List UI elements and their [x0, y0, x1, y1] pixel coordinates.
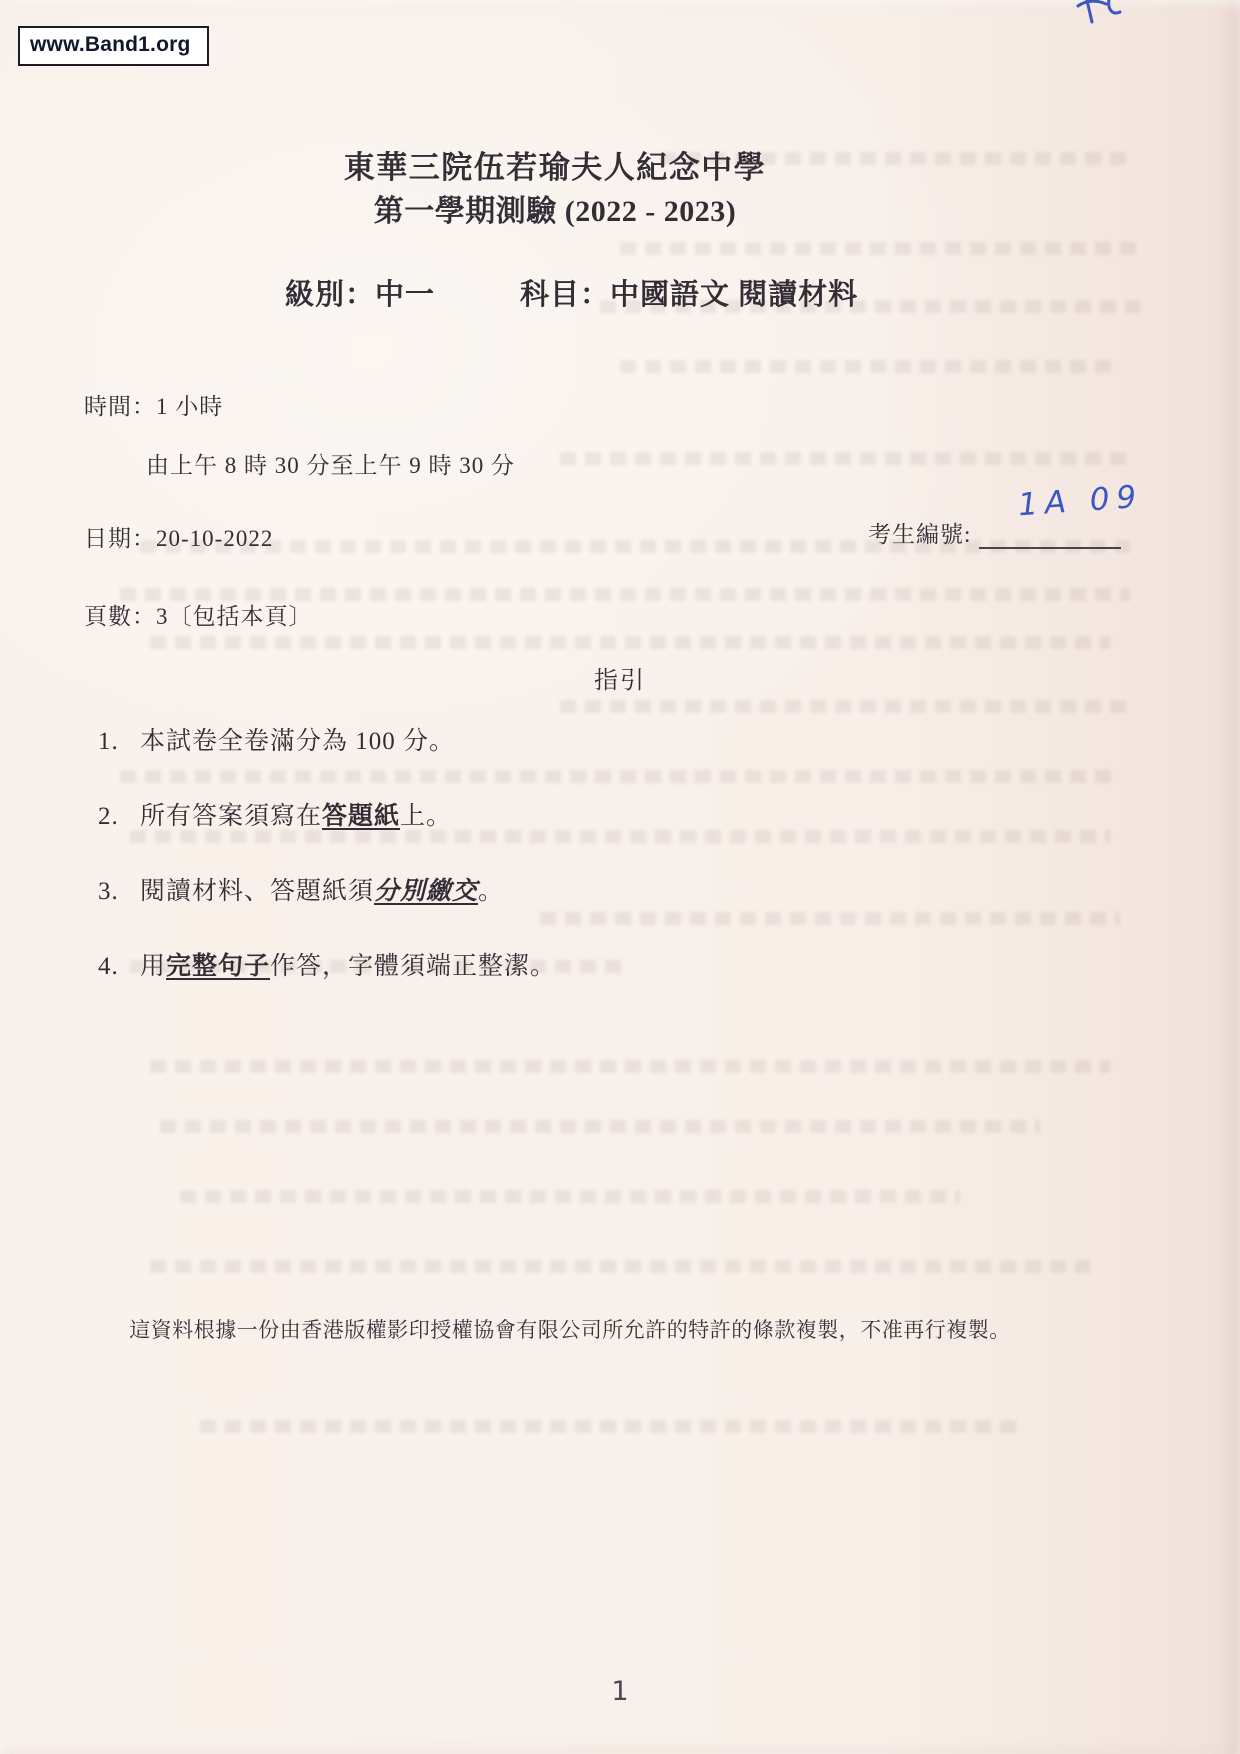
instruction-text: 閱讀材料、答題紙須分別繳交。: [140, 874, 504, 909]
pages-label: 頁數：3〔包括本頁〕: [84, 598, 313, 631]
candidate-number-field: 考生編號:: [868, 516, 1121, 549]
bleedthrough-artifact: [160, 1120, 1040, 1133]
scanned-exam-page: www.Band1.org 東華三院伍若瑜夫人紀念中學 第一學期測驗 (2022…: [0, 0, 1240, 1754]
bleedthrough-artifact: [560, 452, 1130, 465]
instruction-text: 本試卷全卷滿分為 100 分。: [140, 724, 455, 759]
copyright-notice: 這資料根據一份由香港版權影印授權協會有限公司所允許的特許的條款複製，不准再行複製…: [0, 1314, 1140, 1344]
date-label: 日期：20-10-2022: [84, 520, 273, 553]
bleedthrough-artifact: [560, 700, 1130, 713]
bleedthrough-artifact: [180, 1190, 960, 1203]
instruction-item: 2.所有答案須寫在答題紙上。: [98, 799, 998, 834]
title-block: 東華三院伍若瑜夫人紀念中學 第一學期測驗 (2022 - 2023): [0, 146, 1110, 234]
instruction-text: 所有答案須寫在答題紙上。: [140, 799, 452, 834]
instructions-title: 指引: [0, 660, 1240, 695]
instruction-number: 1.: [98, 724, 140, 759]
candidate-number-handwritten: 1A 09: [1017, 479, 1144, 524]
bleedthrough-artifact: [200, 1420, 1020, 1433]
class-label: 級別：中一: [285, 272, 435, 313]
bleedthrough-artifact: [620, 242, 1140, 255]
instruction-item: 3.閱讀材料、答題紙須分別繳交。: [98, 874, 998, 909]
instruction-text: 用完整句子作答，字體須端正整潔。: [140, 949, 556, 984]
instruction-number: 2.: [98, 799, 140, 834]
watermark-text: www.Band1.org: [30, 33, 191, 56]
bleedthrough-artifact: [150, 636, 1110, 649]
candidate-number-blank-line: [979, 519, 1121, 549]
time-label: 時間：1 小時: [84, 388, 223, 421]
exam-title: 第一學期測驗 (2022 - 2023): [0, 190, 1110, 234]
instructions-list: 1.本試卷全卷滿分為 100 分。2.所有答案須寫在答題紙上。3.閱讀材料、答題…: [98, 724, 998, 1024]
time-detail-label: 由上午 8 時 30 分至上午 9 時 30 分: [146, 447, 515, 480]
bleedthrough-artifact: [150, 1260, 1090, 1273]
instruction-number: 3.: [98, 874, 140, 909]
watermark-badge: www.Band1.org: [18, 26, 209, 66]
bleedthrough-artifact: [620, 360, 1120, 373]
handwritten-corner-mark: [1076, 0, 1124, 30]
instruction-number: 4.: [98, 949, 140, 984]
instruction-item: 1.本試卷全卷滿分為 100 分。: [98, 724, 998, 759]
instruction-item: 4.用完整句子作答，字體須端正整潔。: [98, 949, 998, 984]
candidate-number-label: 考生編號:: [868, 516, 971, 549]
school-name: 東華三院伍若瑜夫人紀念中學: [0, 146, 1110, 190]
subject-label: 科目：中國語文 閱讀材料: [520, 272, 858, 313]
page-number: 1: [0, 1676, 1240, 1707]
bleedthrough-artifact: [150, 1060, 1110, 1073]
